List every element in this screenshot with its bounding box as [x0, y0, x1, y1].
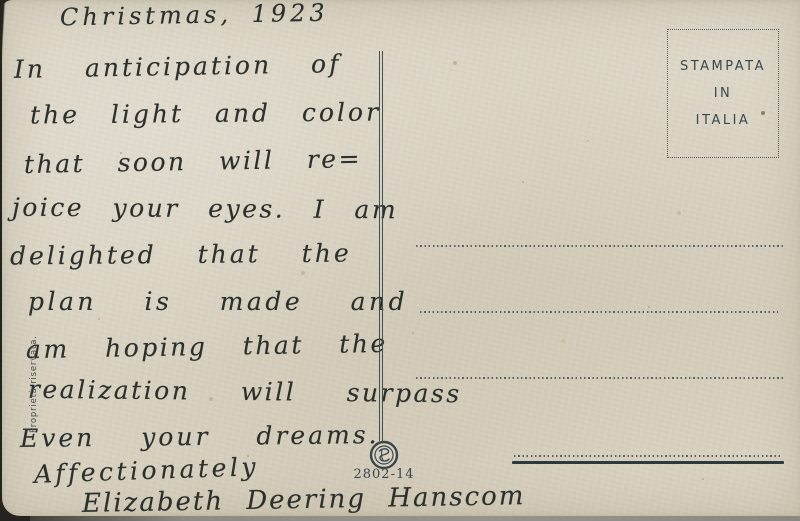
- signature: Elizabeth Deering Hanscom: [82, 481, 526, 519]
- stamp-box: STAMPATA IN ITALIA: [667, 29, 779, 158]
- message-line: plan is made and: [28, 287, 408, 316]
- message-line: the light and color: [30, 97, 381, 129]
- message-line: Even your dreams.: [20, 420, 380, 453]
- message-line: In anticipation of: [14, 49, 342, 84]
- message-line: joice your eyes. I am: [12, 193, 398, 225]
- card-bottom-edge: [30, 516, 800, 521]
- stamp-box-text: IN: [714, 86, 733, 101]
- postcard-back: Christmas, 1923 In anticipation of the l…: [2, 0, 800, 516]
- address-line-rule: [416, 245, 784, 247]
- message-closing: Affectionately: [34, 452, 260, 489]
- message-line: delighted that the: [10, 239, 352, 271]
- stamp-box-text: ITALIA: [696, 113, 751, 128]
- handwritten-dateline: Christmas, 1923: [60, 0, 329, 31]
- message-line: am hoping that the: [26, 329, 388, 364]
- proprieta-riservata-imprint: Proprietà riservata.: [29, 335, 39, 433]
- card-series-number: 2802-14: [350, 467, 418, 482]
- address-line-rule: [416, 377, 784, 379]
- scan-edge-artifact: [0, 0, 5, 86]
- address-line-rule: [420, 311, 778, 313]
- message-line: realization will surpass: [28, 375, 462, 409]
- address-line-rule: [514, 455, 782, 457]
- message-line: that soon will re=: [24, 144, 363, 179]
- stamp-box-text: STAMPATA: [680, 59, 766, 74]
- center-divider-rule: [379, 51, 383, 441]
- address-bottom-rule: [512, 461, 784, 464]
